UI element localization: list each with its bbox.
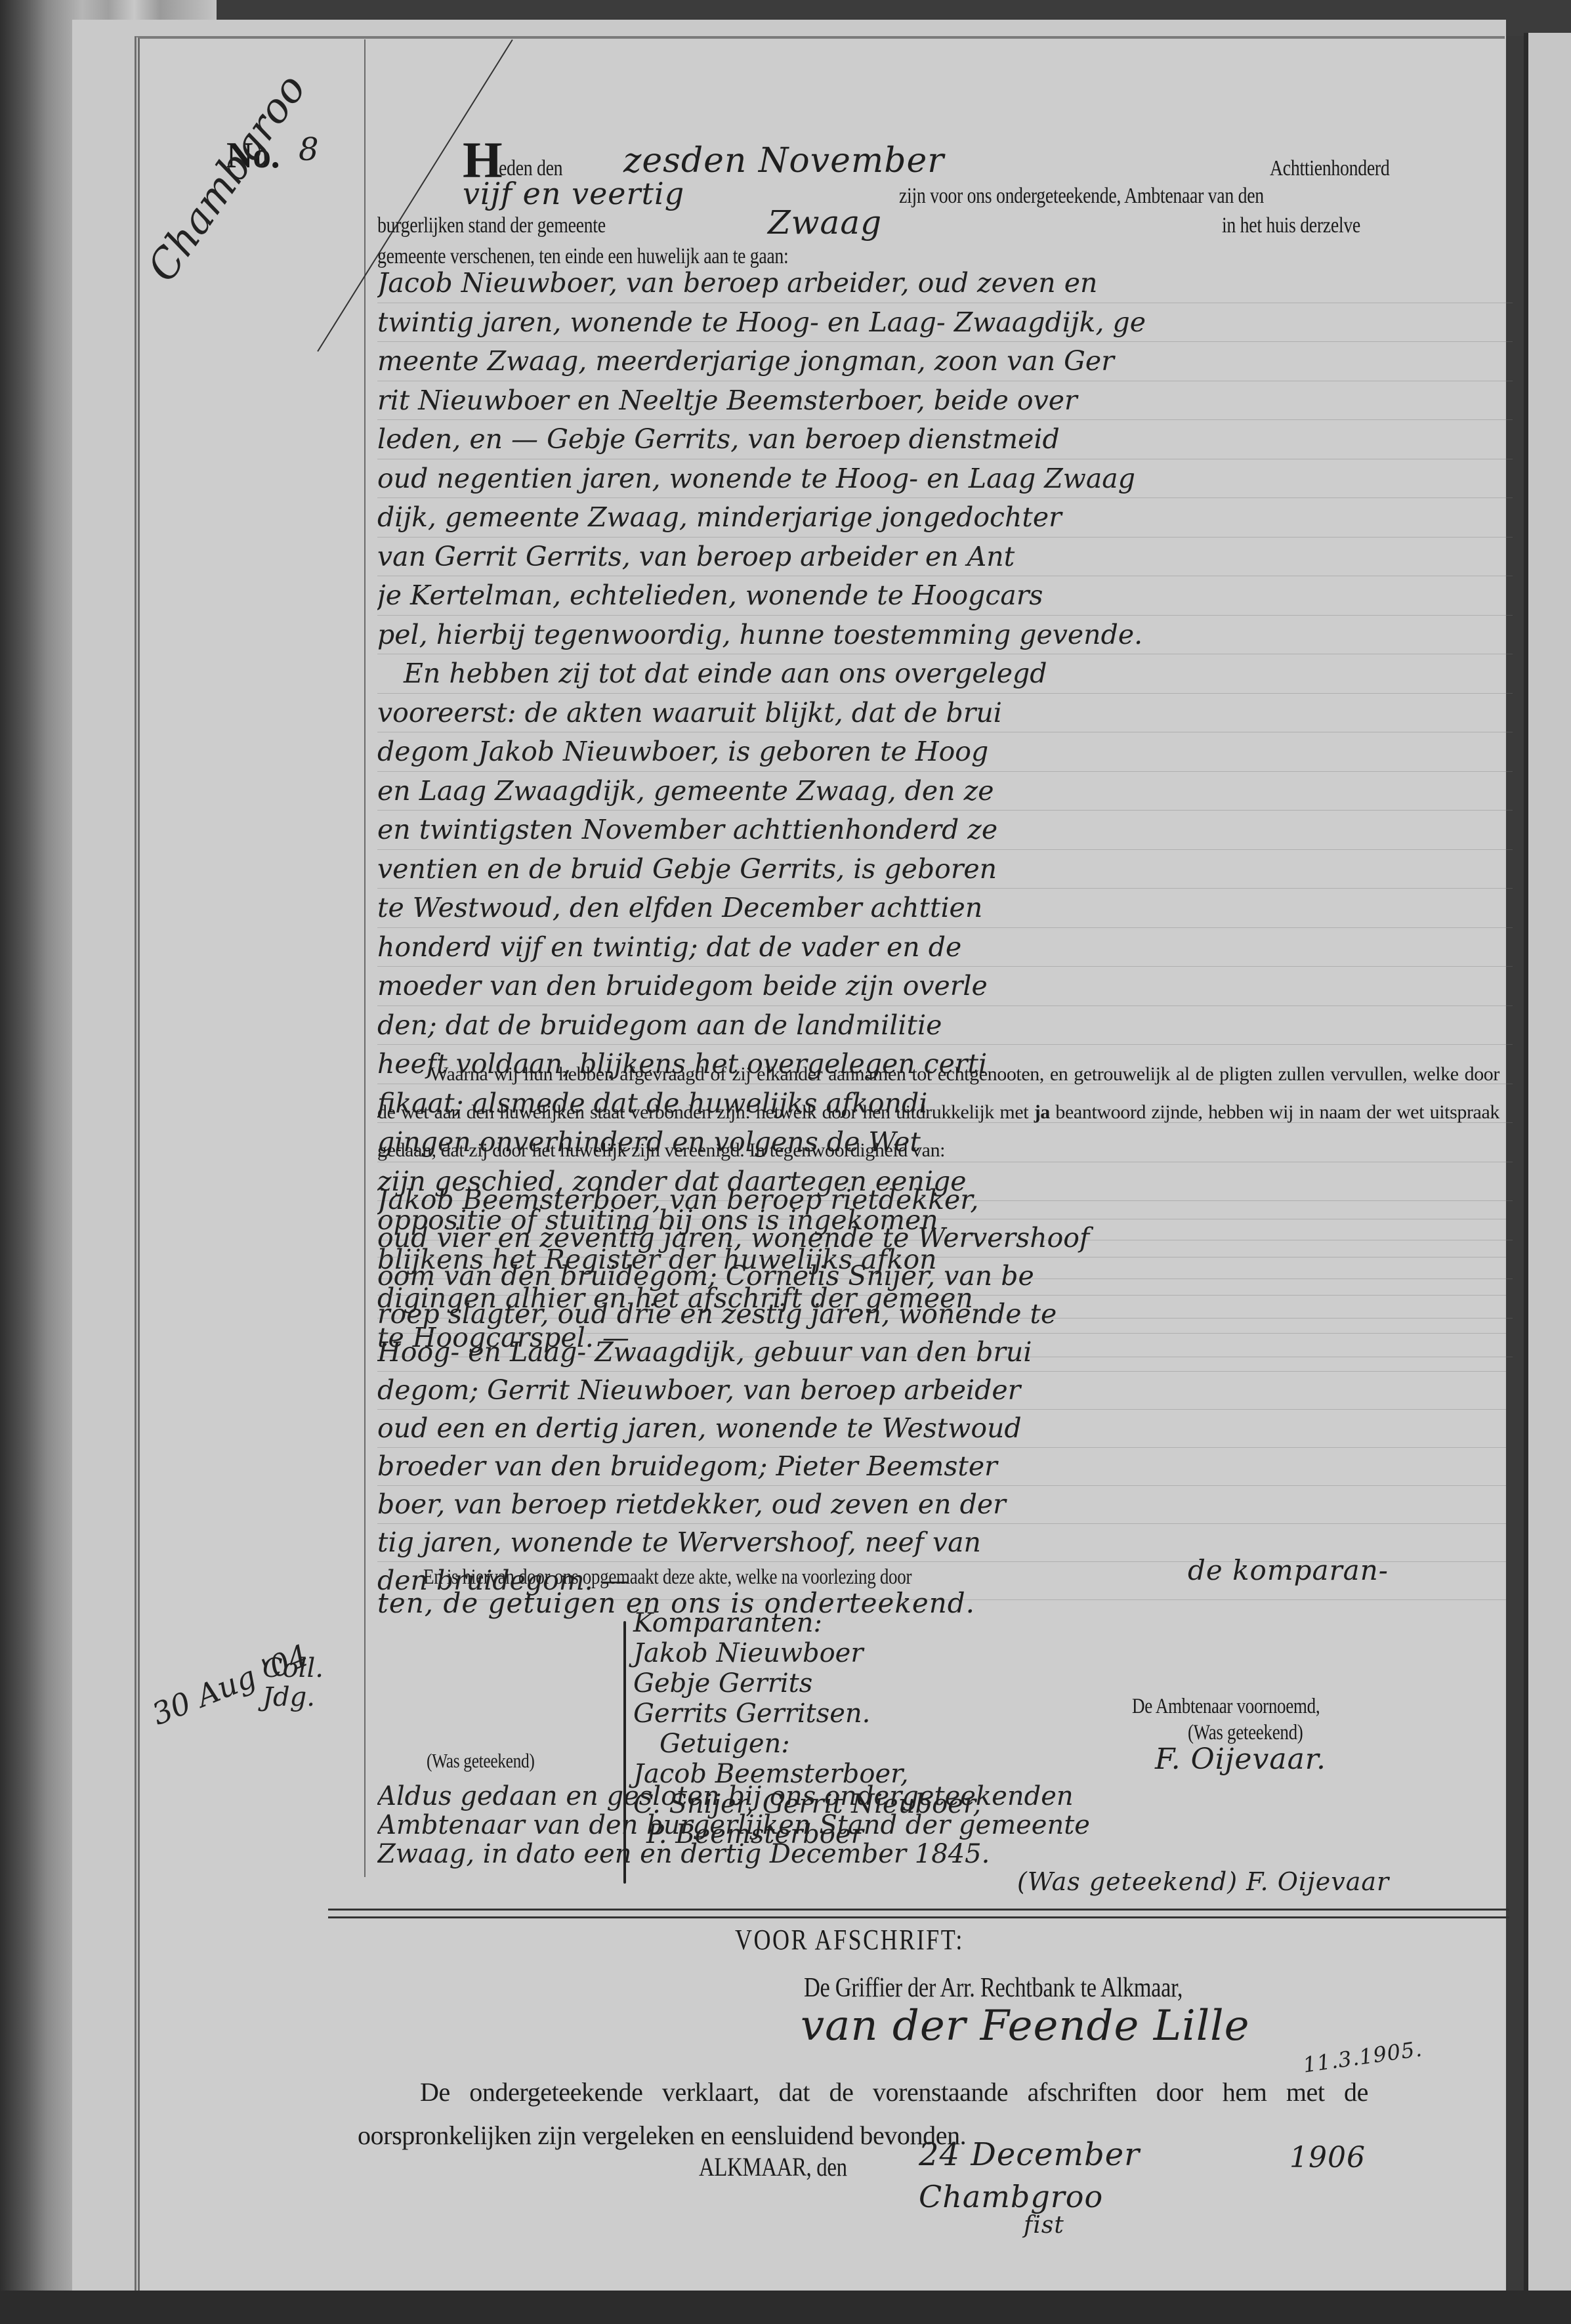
hand-line: dijk, gemeente Zwaag, minderjarige jonge… [377, 498, 1513, 538]
hand-line: vooreerst: de akten waaruit blijkt, dat … [377, 694, 1513, 733]
copy-year: 1906 [1289, 2141, 1366, 2174]
hand-line: ventien en de bruid Gebje Gerrits, is ge… [377, 850, 1513, 889]
vows-paragraph: Waarna wij hun hebben afgevraagd of zij … [377, 1055, 1499, 1170]
declaration-text: De ondergeteekende verklaart, dat de vor… [358, 2071, 1368, 2157]
getuigen-label: Getuigen: [633, 1729, 981, 1759]
signature-komparant: Jakob Nieuwboer [633, 1638, 981, 1668]
place-label: ALKMAAR, den [699, 2151, 847, 2182]
hand-line: Ambtenaar van den burgerlijken Stand der… [377, 1811, 1506, 1840]
hand-line: en twintigsten November achttienhonderd … [377, 811, 1513, 850]
hand-line: pel, hierbij tegenwoordig, hunne toestem… [377, 616, 1513, 655]
hand-line: rit Nieuwboer en Neeltje Beemsterboer, b… [377, 381, 1513, 421]
hand-line: te Westwoud, den elfden December achttie… [377, 889, 1513, 928]
official-title: De Ambtenaar voornoemd, [1132, 1695, 1320, 1719]
hand-line: je Kertelman, echtelieden, wonende te Ho… [377, 576, 1513, 616]
hand-line: broeder van den bruidegom; Pieter Beemst… [377, 1448, 1506, 1486]
final-signature: Chambgroo [919, 2179, 1103, 2214]
griffier-title: De Griffier der Arr. Rechtbank te Alkmaa… [804, 1972, 1183, 2004]
official-signature: F. Oijevaar. [1155, 1743, 1326, 1776]
hand-line: den; dat de bruidegom aan de landmilitie [377, 1006, 1513, 1046]
witnesses-handwritten-block: Jakob Beemsterboer, van beroep rietdekke… [377, 1181, 1506, 1600]
final-hand-block: Aldus gedaan en gesloten bij ons onderge… [377, 1782, 1506, 1869]
hand-line: twintig jaren, wonende te Hoog- en Laag-… [377, 303, 1513, 343]
margin-rule [364, 39, 366, 1877]
komparanten-label: Komparanten: [633, 1608, 981, 1638]
hand-line: Aldus gedaan en gesloten bij ons onderge… [377, 1782, 1506, 1811]
hand-line: oom van den bruidegom; Cornelis Snijer, … [377, 1257, 1506, 1296]
place-date-hand: 24 December [919, 2136, 1140, 2173]
hand-line: oud een en dertig jaren, wonende te West… [377, 1410, 1506, 1448]
hand-line: en Laag Zwaagdijk, gemeente Zwaag, den z… [377, 772, 1513, 811]
final-signature-sub: fist [1024, 2212, 1064, 2239]
header-municipality-hand: Zwaag [768, 203, 882, 242]
closing-hand-a: de komparan- [1188, 1554, 1389, 1586]
hand-line: degom Jakob Nieuwboer, is geboren te Hoo… [377, 732, 1513, 772]
header-printed-3b: in het huis derzelve [1222, 213, 1360, 238]
header-printed-3a: burgerlijken stand der gemeente [377, 213, 606, 238]
vows-ja: ja [1034, 1101, 1050, 1123]
hand-line: moeder van den bruidegom beide zijn over… [377, 967, 1513, 1006]
signature-komparant: Gebje Gerrits [633, 1668, 981, 1699]
hand-line: van Gerrit Gerrits, van beroep arbeider … [377, 538, 1513, 577]
hand-line: Hoog- en Laag- Zwaagdijk, gebuur van den… [377, 1334, 1506, 1372]
section-divider [328, 1909, 1509, 1918]
hand-line: degom; Gerrit Nieuwboer, van beroep arbe… [377, 1372, 1506, 1410]
header-printed-2: zijn voor ons ondergeteekende, Ambtenaar… [899, 184, 1264, 209]
hand-line: Jacob Nieuwboer, van beroep arbeider, ou… [377, 264, 1513, 303]
facing-page-edge [1524, 33, 1571, 2291]
hand-line: En hebben zij tot dat einde aan ons over… [377, 654, 1513, 694]
copy-heading: VOOR AFSCHRIFT: [735, 1923, 964, 1956]
header-year-hand: vijf en veertig [463, 176, 684, 211]
hand-line: leden, en — Gebje Gerrits, van beroep di… [377, 420, 1513, 459]
closing-printed: En is hiervan door ons opgemaakt deze ak… [423, 1565, 911, 1590]
hand-line: meente Zwaag, meerderjarige jongman, zoo… [377, 342, 1513, 381]
header-printed-1b: Achttienhonderd [1270, 156, 1389, 181]
hand-line: Jakob Beemsterboer, van beroep rietdekke… [377, 1181, 1506, 1219]
margin-coll-note: Coll. Jdg. [262, 1654, 315, 1712]
hand-line: oud negentien jaren, wonende te Hoog- en… [377, 459, 1513, 499]
hand-line: roep slagter, oud drie en zestig jaren, … [377, 1296, 1506, 1334]
hand-line: honderd vijf en twintig; dat de vader en… [377, 928, 1513, 967]
act-number: 8 [299, 131, 320, 168]
signature-komparant: Gerrits Gerritsen. [633, 1699, 981, 1729]
griffier-signature: van der Feende Lille [801, 2002, 1250, 2050]
hand-line: oud vier en zeventig jaren, wonende te W… [377, 1219, 1506, 1257]
official-was-geteekend: (Was geteekend) [1188, 1721, 1303, 1745]
header-date-hand: zesden November [623, 141, 944, 180]
final-signed: (Was geteekend) F. Oijevaar [1017, 1867, 1389, 1896]
was-geteekend-left: (Was geteekend) [427, 1749, 535, 1773]
hand-line: boer, van beroep rietdekker, oud zeven e… [377, 1486, 1506, 1524]
hand-line: Zwaag, in dato een en dertig December 18… [377, 1840, 1506, 1869]
scan-bottom-band [0, 2291, 1571, 2324]
